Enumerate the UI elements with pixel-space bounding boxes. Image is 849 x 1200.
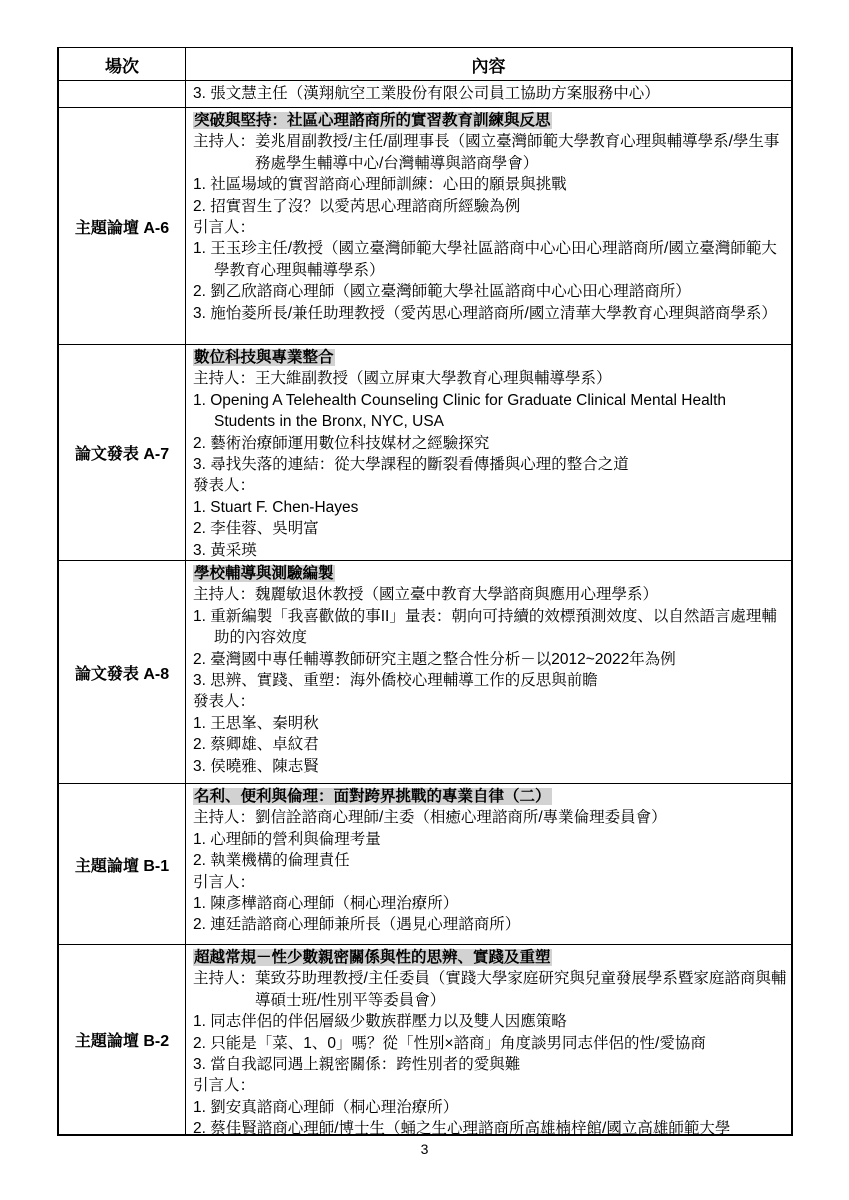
content-cell: 3. 張文慧主任（漢翔航空工業股份有限公司員工協助方案服務中心）: [186, 81, 791, 107]
topic-title-highlight: 突破與堅持：社區心理諮商所的實習教育訓練與反思: [193, 112, 552, 129]
host-line: 主持人：劉信詮諮商心理師/主委（相癒心理諮商所/專業倫理委員會）: [193, 807, 787, 828]
agenda-item-line: 2. 招實習生了沒？以愛芮思心理諮商所經驗為例: [193, 196, 787, 217]
agenda-item-line: 2. 蔡佳賢諮商心理師/博士生（蛹之生心理諮商所高雄楠梓館/國立高雄師範大學: [193, 1118, 787, 1134]
agenda-item-line: 2. 執業機構的倫理責任: [193, 850, 787, 871]
session-cell: [59, 81, 186, 107]
session-cell: 主題論壇 A-6: [59, 108, 186, 344]
page-number: 3: [0, 1141, 849, 1157]
agenda-item-line: 2. 連廷誥諮商心理師兼所長（遇見心理諮商所）: [193, 914, 787, 935]
agenda-item-line: 1. 王玉珍主任/教授（國立臺灣師範大學社區諮商中心心田心理諮商所/國立臺灣師範…: [193, 238, 787, 281]
host-label: 主持人：: [193, 970, 255, 987]
session-label: 論文發表 A-8: [75, 661, 169, 684]
table-row: 主題論壇 A-6 突破與堅持：社區心理諮商所的實習教育訓練與反思 主持人：姜兆眉…: [59, 107, 791, 344]
session-label: 主題論壇 B-2: [75, 1028, 169, 1051]
topic-title-highlight: 學校輔導與測驗編製: [193, 565, 335, 582]
agenda-item-line: 3. 施怡菱所長/兼任助理教授（愛芮思心理諮商所/國立清華大學教育心理與諮商學系…: [193, 303, 787, 324]
session-cell: 論文發表 A-7: [59, 345, 186, 560]
host-text: 葉致芬助理教授/主任委員（實踐大學家庭研究與兒童發展學系暨家庭諮商與輔導碩士班/…: [255, 970, 786, 1008]
section-label-line: 引言人：: [193, 872, 787, 893]
content-column-header: 內容: [186, 48, 791, 80]
section-label-line: 引言人：: [193, 1075, 787, 1096]
host-line: 主持人：姜兆眉副教授/主任/副理事長（國立臺灣師範大學教育心理與輔導學系/學生事…: [193, 131, 787, 174]
host-text: 劉信詮諮商心理師/主委（相癒心理諮商所/專業倫理委員會）: [255, 809, 667, 826]
agenda-item-line: 1. 社區場域的實習諮商心理師訓練：心田的願景與挑戰: [193, 174, 787, 195]
session-cell: 論文發表 A-8: [59, 561, 186, 783]
agenda-item-line: 3. 當自我認同遇上親密關係：跨性別者的愛與難: [193, 1054, 787, 1075]
content-cell: 學校輔導與測驗編製 主持人：魏麗敏退休教授（國立臺中教育大學諮商與應用心理學系）…: [186, 561, 791, 783]
agenda-item-line: 1. 同志伴侶的伴侶層級少數族群壓力以及雙人因應策略: [193, 1011, 787, 1032]
table-row: 論文發表 A-7 數位科技與專業整合 主持人：王大維副教授（國立屏東大學教育心理…: [59, 344, 791, 560]
agenda-item-line: 1. 王思峯、秦明秋: [193, 713, 787, 734]
agenda-item-line: 2. 劉乙欣諮商心理師（國立臺灣師範大學社區諮商中心心田心理諮商所）: [193, 281, 787, 302]
agenda-item-line: 3. 思辨、實踐、重塑：海外僑校心理輔導工作的反思與前瞻: [193, 670, 787, 691]
agenda-item-line: 3. 張文慧主任（漢翔航空工業股份有限公司員工協助方案服務中心）: [193, 83, 787, 104]
session-cell: 主題論壇 B-1: [59, 784, 186, 944]
agenda-item-line: 3. 黃采瑛: [193, 540, 787, 560]
host-text: 魏麗敏退休教授（國立臺中教育大學諮商與應用心理學系）: [255, 586, 658, 603]
table-row: 論文發表 A-8 學校輔導與測驗編製 主持人：魏麗敏退休教授（國立臺中教育大學諮…: [59, 560, 791, 783]
agenda-item-line: 1. Stuart F. Chen-Hayes: [193, 497, 787, 518]
agenda-item-line: 1. 重新編製「我喜歡做的事II」量表：朝向可持續的效標預測效度、以自然語言處理…: [193, 606, 787, 649]
host-label: 主持人：: [193, 586, 255, 603]
session-label: 主題論壇 B-1: [75, 853, 169, 876]
host-line: 主持人：魏麗敏退休教授（國立臺中教育大學諮商與應用心理學系）: [193, 584, 787, 605]
document-page: 場次 內容 3. 張文慧主任（漢翔航空工業股份有限公司員工協助方案服務中心） 主…: [0, 0, 849, 1200]
agenda-item-line: 2. 只能是「菜、1、0」嗎？從「性別×諮商」角度談男同志伴侶的性/愛協商: [193, 1033, 787, 1054]
agenda-item-line: 2. 蔡卿雄、卓紋君: [193, 734, 787, 755]
content-cell: 名利、便利與倫理：面對跨界挑戰的專業自律（二） 主持人：劉信詮諮商心理師/主委（…: [186, 784, 791, 944]
topic-title-line: 學校輔導與測驗編製: [193, 563, 787, 584]
host-label: 主持人：: [193, 809, 255, 826]
agenda-item-line: 2. 李佳蓉、吳明富: [193, 518, 787, 539]
table-header-row: 場次 內容: [59, 48, 791, 80]
host-label: 主持人：: [193, 370, 255, 387]
agenda-item-line: 2. 臺灣國中專任輔導教師研究主題之整合性分析－以2012~2022年為例: [193, 649, 787, 670]
agenda-item-line: 1. 劉安真諮商心理師（桐心理治療所）: [193, 1097, 787, 1118]
table-row: 3. 張文慧主任（漢翔航空工業股份有限公司員工協助方案服務中心）: [59, 80, 791, 107]
session-cell: 主題論壇 B-2: [59, 945, 186, 1134]
topic-title-highlight: 超越常規－性少數親密關係與性的思辨、實踐及重塑: [193, 949, 552, 966]
topic-title-line: 數位科技與專業整合: [193, 347, 787, 368]
host-text: 王大維副教授（國立屏東大學教育心理與輔導學系）: [255, 370, 612, 387]
section-label-line: 引言人：: [193, 217, 787, 238]
table-row: 主題論壇 B-1 名利、便利與倫理：面對跨界挑戰的專業自律（二） 主持人：劉信詮…: [59, 783, 791, 944]
host-text: 姜兆眉副教授/主任/副理事長（國立臺灣師範大學教育心理與輔導學系/學生事務處學生…: [255, 133, 779, 171]
section-label-line: 發表人：: [193, 475, 787, 496]
topic-title-highlight: 名利、便利與倫理：面對跨界挑戰的專業自律（二）: [193, 788, 552, 805]
topic-title-highlight: 數位科技與專業整合: [193, 349, 335, 366]
content-cell: 超越常規－性少數親密關係與性的思辨、實踐及重塑 主持人：葉致芬助理教授/主任委員…: [186, 945, 791, 1134]
agenda-item-line: 3. 侯曉雅、陳志賢: [193, 756, 787, 777]
session-label: 主題論壇 A-6: [75, 215, 169, 238]
session-header-label: 場次: [105, 52, 139, 77]
agenda-item-line: 1. 陳彥樺諮商心理師（桐心理治療所）: [193, 893, 787, 914]
content-cell: 數位科技與專業整合 主持人：王大維副教授（國立屏東大學教育心理與輔導學系） 1.…: [186, 345, 791, 560]
topic-title-line: 超越常規－性少數親密關係與性的思辨、實踐及重塑: [193, 947, 787, 968]
agenda-item-line: 3. 尋找失落的連結：從大學課程的斷裂看傳播與心理的整合之道: [193, 454, 787, 475]
session-label: 論文發表 A-7: [75, 441, 169, 464]
topic-title-line: 突破與堅持：社區心理諮商所的實習教育訓練與反思: [193, 110, 787, 131]
table-row: 主題論壇 B-2 超越常規－性少數親密關係與性的思辨、實踐及重塑 主持人：葉致芬…: [59, 944, 791, 1134]
content-cell: 突破與堅持：社區心理諮商所的實習教育訓練與反思 主持人：姜兆眉副教授/主任/副理…: [186, 108, 791, 344]
content-header-label: 內容: [472, 52, 506, 77]
host-label: 主持人：: [193, 133, 255, 150]
agenda-item-line: 1. 心理師的營利與倫理考量: [193, 829, 787, 850]
host-line: 主持人：王大維副教授（國立屏東大學教育心理與輔導學系）: [193, 368, 787, 389]
schedule-table: 場次 內容 3. 張文慧主任（漢翔航空工業股份有限公司員工協助方案服務中心） 主…: [57, 47, 793, 1136]
agenda-item-line: 1. Opening A Telehealth Counseling Clini…: [193, 390, 787, 433]
section-label-line: 發表人：: [193, 691, 787, 712]
session-column-header: 場次: [59, 48, 186, 80]
host-line: 主持人：葉致芬助理教授/主任委員（實踐大學家庭研究與兒童發展學系暨家庭諮商與輔導…: [193, 968, 787, 1011]
topic-title-line: 名利、便利與倫理：面對跨界挑戰的專業自律（二）: [193, 786, 787, 807]
agenda-item-line: 2. 藝術治療師運用數位科技媒材之經驗探究: [193, 433, 787, 454]
